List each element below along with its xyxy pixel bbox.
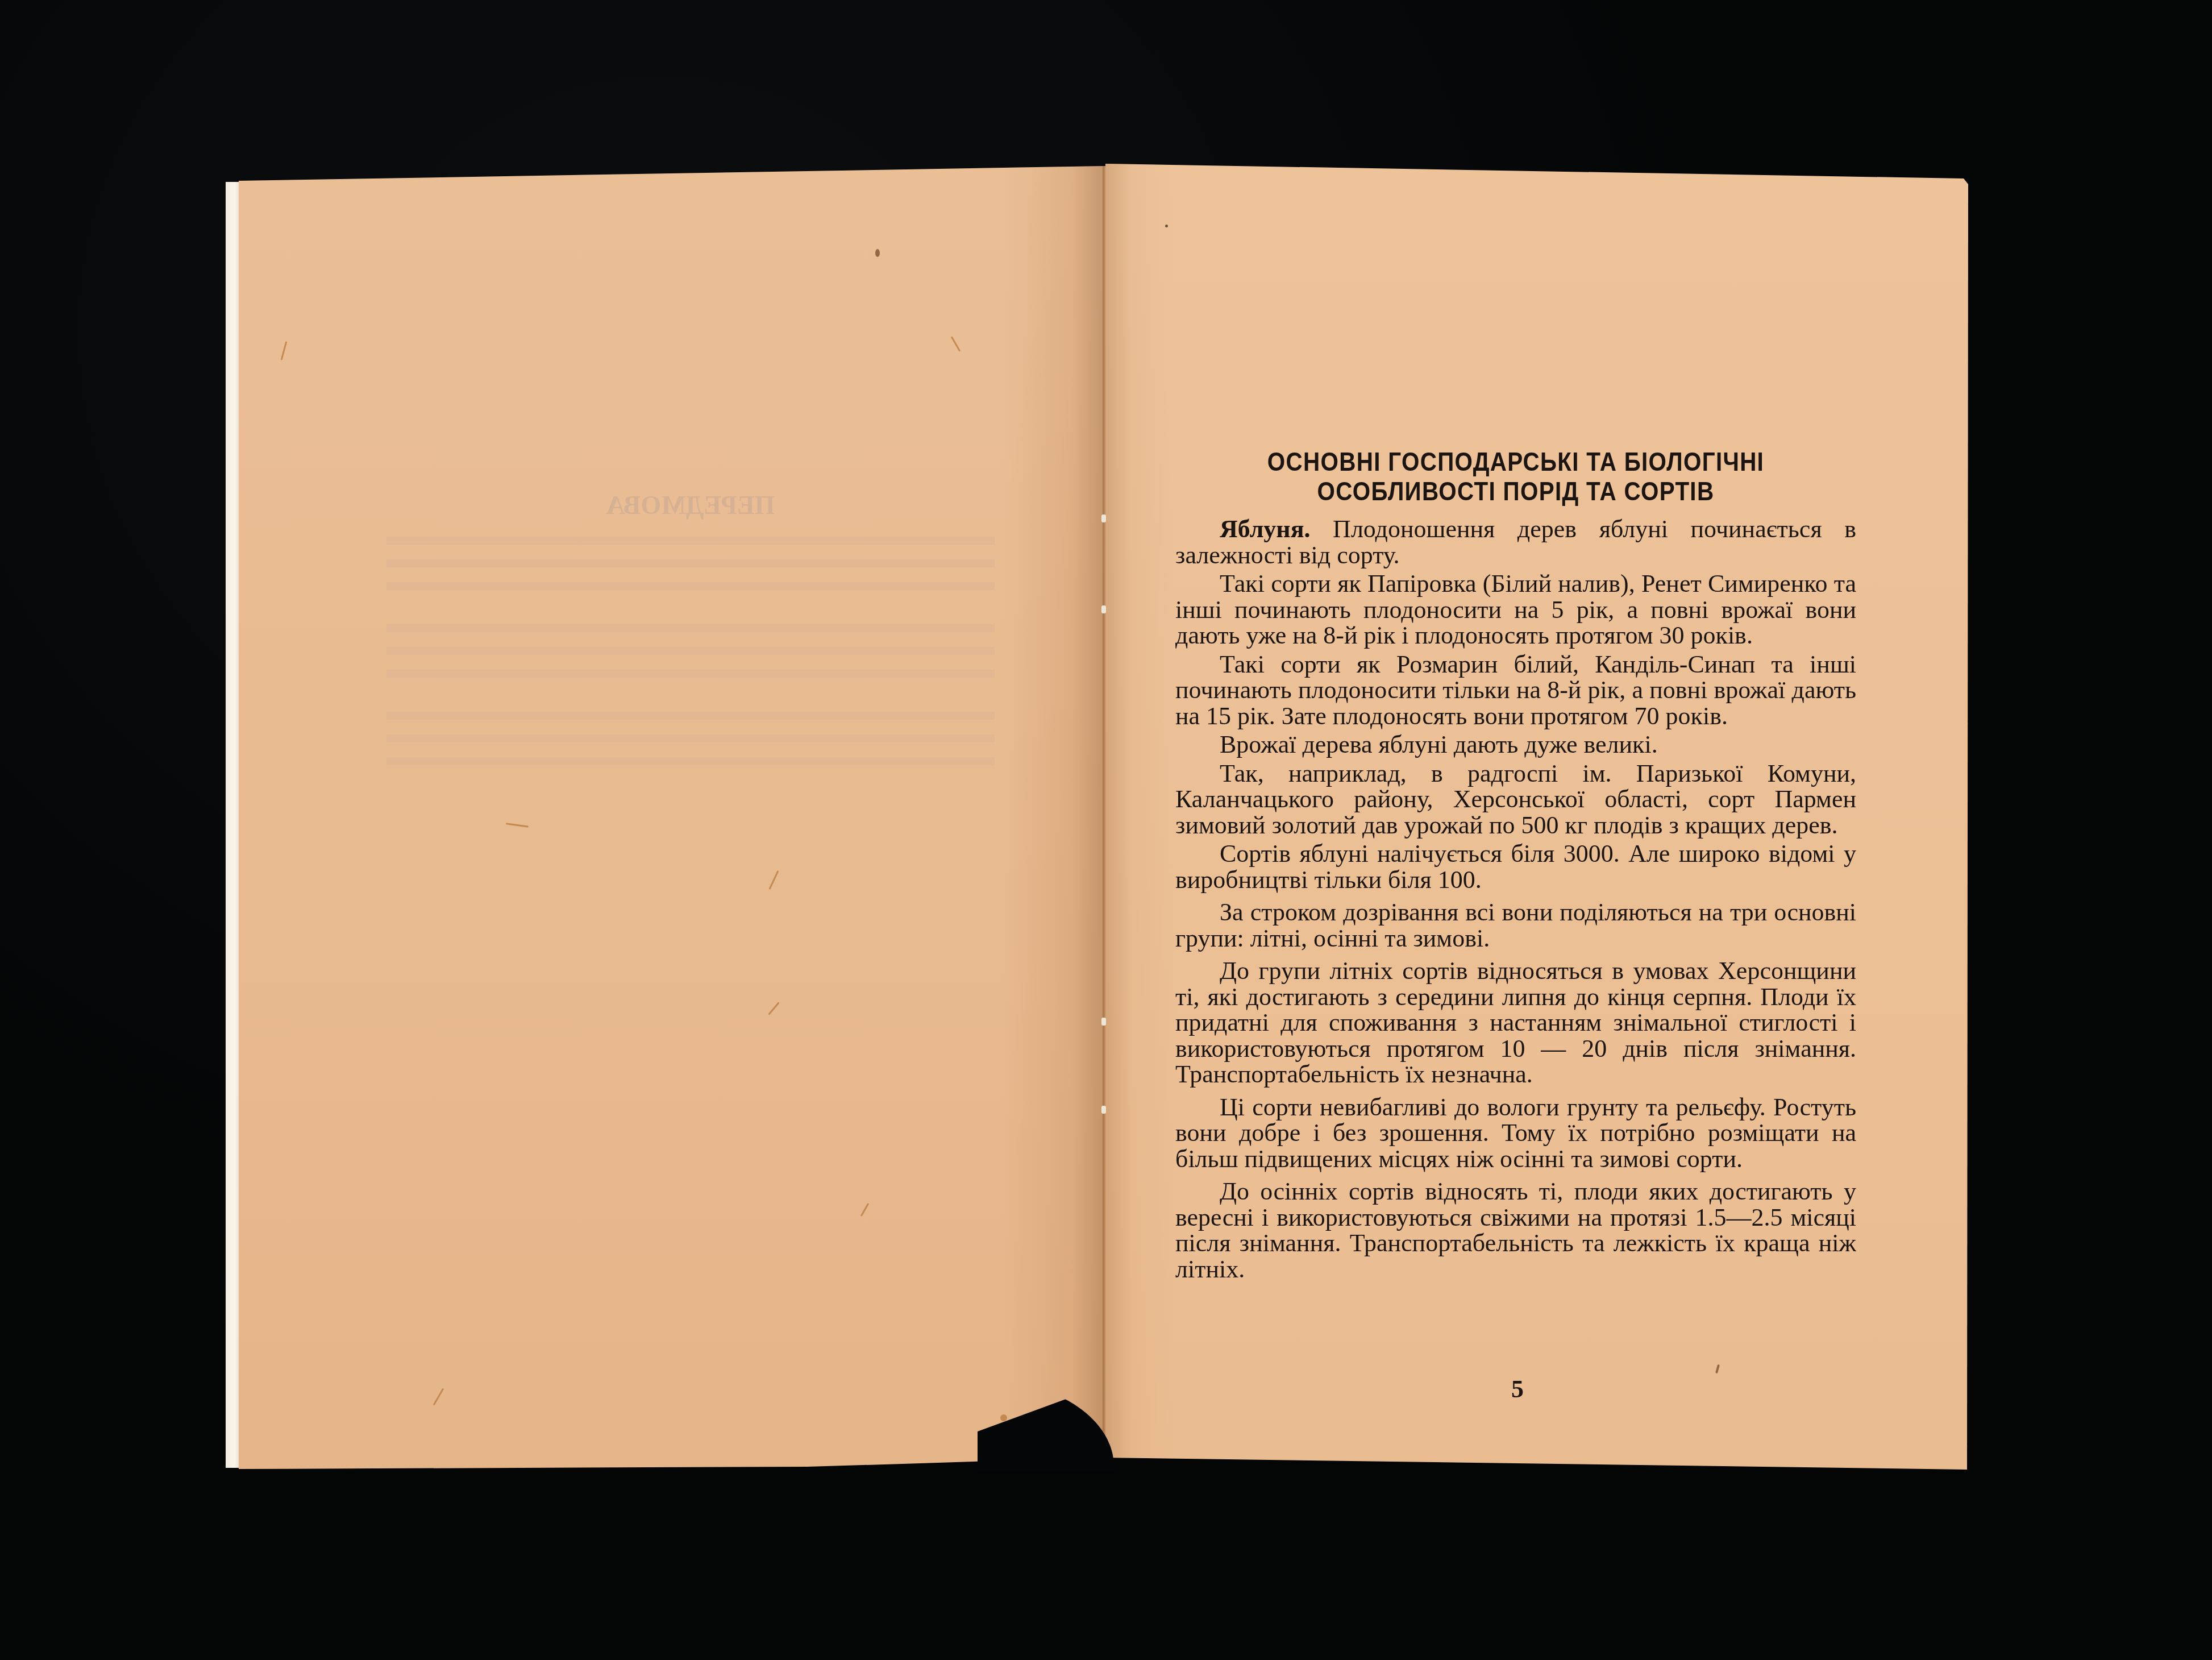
paragraph: До групи літніх сортів відносяться в умо… <box>1175 958 1856 1088</box>
page-stack-edge <box>226 182 240 1468</box>
staple-hole <box>1101 1106 1106 1114</box>
title-line-1: ОСНОВНІ ГОСПОДАРСЬКІ ТА БІОЛОГІЧНІ <box>1223 447 1808 476</box>
paragraph: Так, наприклад, в радгоспі ім. Паризької… <box>1175 761 1856 839</box>
paper-speck <box>1165 225 1168 227</box>
show-through-title: ПЕРЕДМОВА <box>364 489 1017 522</box>
page-number: 5 <box>1500 1375 1535 1404</box>
show-through-text: ПЕРЕДМОВА <box>364 489 1017 780</box>
paragraph: Такі сорти як Папіровка (Білий налив), Р… <box>1175 571 1856 649</box>
body-text: Яблуня. Плодоношення дерев яблуні почина… <box>1175 516 1856 1282</box>
right-page-content: ОСНОВНІ ГОСПОДАРСЬКІ ТА БІОЛОГІЧНІ ОСОБЛ… <box>1175 447 1856 1285</box>
paper-speck <box>1000 1414 1007 1421</box>
paragraph: Такі сорти як Розмарин білий, Канділь-Си… <box>1175 651 1856 729</box>
left-page <box>239 166 1107 1471</box>
paragraph: За строком дозрівання всі вони поділяють… <box>1175 899 1856 951</box>
chapter-title: ОСНОВНІ ГОСПОДАРСЬКІ ТА БІОЛОГІЧНІ ОСОБЛ… <box>1223 447 1808 506</box>
staple-hole <box>1101 605 1106 613</box>
paragraph: Яблуня. Плодоношення дерев яблуні почина… <box>1175 516 1856 568</box>
paragraph-lead-term: Яблуня. <box>1220 515 1311 543</box>
staple-hole <box>1101 1018 1106 1026</box>
paragraph: Ці сорти невибагливі до вологи грунту та… <box>1175 1094 1856 1172</box>
staple-hole <box>1101 514 1106 522</box>
book-spine <box>1103 166 1106 1461</box>
paragraph: Врожаї дерева яблуні дають дуже великі. <box>1175 732 1856 758</box>
paper-speck <box>875 249 880 257</box>
title-line-2: ОСОБЛИВОСТІ ПОРІД ТА СОРТІВ <box>1223 476 1808 506</box>
paragraph: Сортів яблуні налічується біля 3000. Але… <box>1175 841 1856 893</box>
paragraph: До осінніх сортів відносять ті, плоди як… <box>1175 1178 1856 1282</box>
